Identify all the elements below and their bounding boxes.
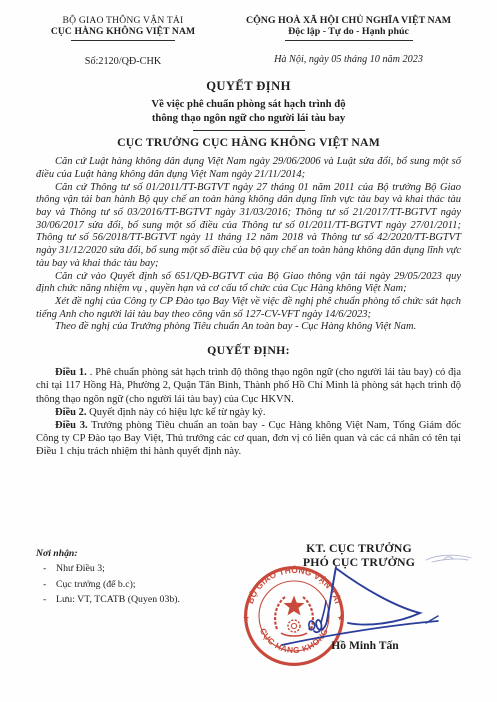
issuer-agency: CỤC HÀNG KHÔNG VIỆT NAM (30, 26, 216, 37)
article-3-label: Điều 3. (55, 420, 88, 431)
recipient-item: Như Điều 3; (42, 561, 236, 577)
recipients-heading: Nơi nhận: (36, 548, 236, 559)
article-2-text: Quyết định này có hiệu lực kể từ ngày ký… (89, 407, 265, 418)
signature-ink-icon (280, 563, 442, 649)
issuer-underline (71, 40, 175, 41)
article-1-text: . Phê chuẩn phòng sát hạch trình độ thôn… (36, 367, 461, 404)
document-subtitle-line1: Về việc phê chuẩn phòng sát hạch trình đ… (0, 97, 497, 111)
document-number: Số:2120/QĐ-CHK (30, 56, 216, 67)
decision-heading: QUYẾT ĐỊNH: (0, 343, 497, 358)
article-1-label: Điều 1. (55, 367, 87, 378)
title-block: QUYẾT ĐỊNH Về việc phê chuẩn phòng sát h… (0, 79, 497, 149)
national-motto-line2: Độc lập - Tự do - Hạnh phúc (224, 26, 473, 37)
title-divider (193, 130, 305, 131)
article-3-text: Trưởng phòng Tiêu chuẩn an toàn bay - Cụ… (36, 420, 461, 457)
issuer-ministry: BỘ GIAO THÔNG VẬN TẢI (30, 15, 216, 26)
recipient-item: Cục trưởng (để b.c); (42, 577, 236, 593)
article-3: Điều 3. Trưởng phòng Tiêu chuẩn an toàn … (36, 419, 461, 459)
national-motto-line1: CỘNG HOÀ XÃ HỘI CHỦ NGHĨA VIỆT NAM (224, 15, 473, 26)
preamble-paragraph: Căn cứ Thông tư số 01/2011/TT-BGTVT ngày… (36, 182, 461, 271)
preamble-paragraph: Căn cứ vào Quyết định số 651/QĐ-BGTVT củ… (36, 271, 461, 296)
place-and-date: Hà Nội, ngày 05 tháng 10 năm 2023 (224, 54, 473, 65)
recipients-list: Như Điều 3; Cục trưởng (để b.c); Lưu: VT… (42, 561, 236, 608)
article-2-label: Điều 2. (55, 407, 87, 418)
motto-underline (285, 40, 413, 41)
recipient-item: Lưu: VT, TCATB (Quyen 03b). (42, 592, 236, 608)
document-title: QUYẾT ĐỊNH (0, 79, 497, 94)
document-header: BỘ GIAO THÔNG VẬN TẢI CỤC HÀNG KHÔNG VIỆ… (0, 0, 497, 67)
recipients-block: Nơi nhận: Như Điều 3; Cục trưởng (để b.c… (36, 548, 236, 608)
seal-star-left-icon: ★ (243, 614, 250, 623)
articles-section: Điều 1. . Phê chuẩn phòng sát hạch trình… (36, 366, 461, 459)
preamble-paragraph: Theo đề nghị của Trưởng phòng Tiêu chuẩn… (36, 321, 461, 334)
preamble-section: Căn cứ Luật hàng không dân dụng Việt Nam… (36, 156, 461, 334)
document-subtitle-line2: thông thạo ngôn ngữ cho người lái tàu ba… (0, 111, 497, 125)
national-header-block: CỘNG HOÀ XÃ HỘI CHỦ NGHĨA VIỆT NAM Độc l… (216, 15, 473, 67)
issuing-authority: CỤC TRƯỞNG CỤC HÀNG KHÔNG VIỆT NAM (0, 136, 497, 149)
decision-document-page: BỘ GIAO THÔNG VẬN TẢI CỤC HÀNG KHÔNG VIỆ… (0, 0, 497, 702)
article-2: Điều 2. Quyết định này có hiệu lực kể từ… (36, 406, 461, 419)
signer-name: Hồ Minh Tấn (300, 639, 430, 652)
preamble-paragraph: Xét đề nghị của Công ty CP Đào tạo Bay V… (36, 296, 461, 321)
issuer-block: BỘ GIAO THÔNG VẬN TẢI CỤC HÀNG KHÔNG VIỆ… (30, 15, 216, 67)
preamble-paragraph: Căn cứ Luật hàng không dân dụng Việt Nam… (36, 156, 461, 181)
article-1: Điều 1. . Phê chuẩn phòng sát hạch trình… (36, 366, 461, 406)
